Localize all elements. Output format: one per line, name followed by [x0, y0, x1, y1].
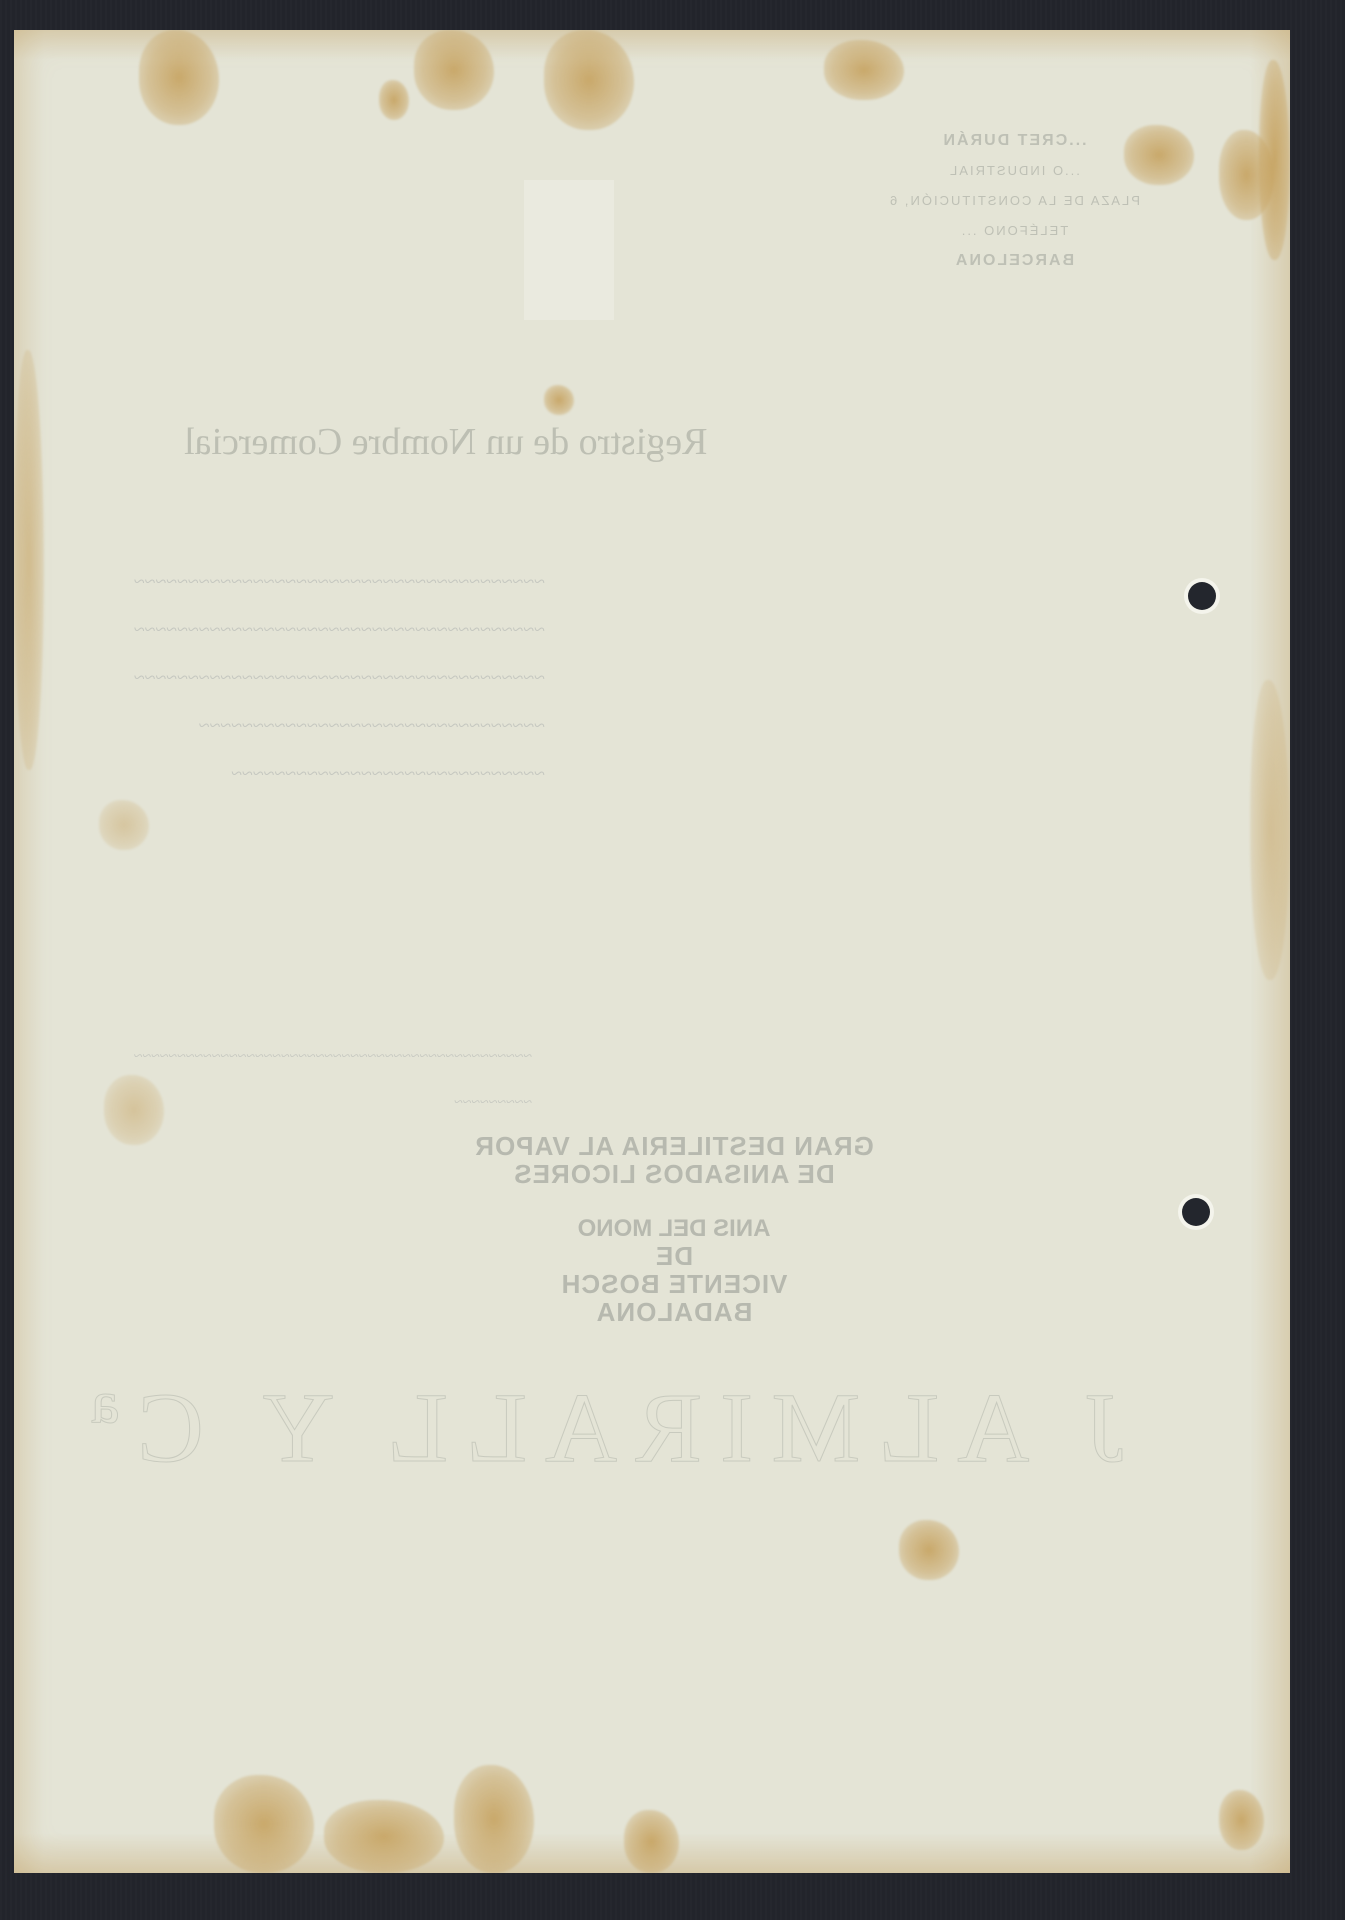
handwritten-line: ~~~~~~~~~~~~~~~~~~~~~~~~~~~~~~~~~~~~~~	[134, 558, 545, 606]
letterhead-showthrough: ...CRET DURÁN ...O INDUSTRIAL PLAZA DE L…	[888, 126, 1140, 276]
document-page: ...CRET DURÁN ...O INDUSTRIAL PLAZA DE L…	[14, 30, 1290, 1873]
punch-hole-icon	[1182, 1198, 1210, 1226]
foxing-stain	[454, 1765, 534, 1873]
stamp-line: GRAN DESTILERIA AL VAPOR	[404, 1132, 944, 1160]
handwritten-line: ~~~~~~~~~	[134, 1080, 532, 1126]
foxing-stain	[624, 1810, 679, 1873]
foxing-stain	[1250, 680, 1290, 980]
foxing-stain	[99, 800, 149, 850]
stamp-line: DE ANISADOS LICORES	[404, 1160, 944, 1188]
handwritten-line: ~~~~~~~~~~~~~~~~~~~~~~~~~~~~~~~~~~~~~~~~…	[134, 1034, 532, 1080]
letterhead-line: ...O INDUSTRIAL	[888, 156, 1140, 186]
foxing-stain	[1259, 60, 1290, 260]
company-stamp-showthrough: GRAN DESTILERIA AL VAPOR DE ANISADOS LIC…	[404, 1132, 944, 1326]
foxing-stain	[544, 30, 634, 130]
document-title-showthrough: Registro de un Nombre Comercial	[184, 420, 707, 464]
foxing-stain	[139, 30, 219, 125]
letterhead-address: PLAZA DE LA CONSTITUCIÓN, 6	[888, 186, 1140, 216]
pasted-slip	[524, 180, 614, 320]
punch-hole-icon	[1188, 582, 1216, 610]
handwritten-line: ~~~~~~~~~~~~~~~~~~~~~~~~~~~~~	[134, 750, 545, 798]
handwritten-line: ~~~~~~~~~~~~~~~~~~~~~~~~~~~~~~~~~~~~~~	[134, 606, 545, 654]
foxing-stain	[379, 80, 409, 120]
handwritten-paragraph: ~~~~~~~~~~~~~~~~~~~~~~~~~~~~~~~~~~~~~~ ~…	[134, 558, 545, 798]
foxing-stain	[414, 30, 494, 110]
letterhead-city: BARCELONA	[888, 246, 1140, 276]
stamp-line: DE	[404, 1242, 944, 1270]
handwritten-line: ~~~~~~~~~~~~~~~~~~~~~~~~~~~~~~~~~~~~~~	[134, 654, 545, 702]
handwritten-line: ~~~~~~~~~~~~~~~~~~~~~~~~~~~~~~~~	[134, 702, 545, 750]
foxing-stain	[214, 1775, 314, 1873]
embossed-trademark: J ALMIRALL Y Cª	[164, 1370, 1124, 1485]
foxing-stain	[14, 350, 44, 770]
stamp-line: VICENTE BOSCH	[404, 1270, 944, 1298]
foxing-stain	[899, 1520, 959, 1580]
foxing-stain	[324, 1800, 444, 1873]
letterhead-name: ...CRET DURÁN	[888, 126, 1140, 156]
foxing-stain	[824, 40, 904, 100]
stamp-line: BADALONA	[404, 1298, 944, 1326]
stamp-line: ANIS DEL MONO	[404, 1216, 944, 1242]
letterhead-phone: TELÉFONO ...	[888, 216, 1140, 246]
handwritten-note-lower: ~~~~~~~~~~~~~~~~~~~~~~~~~~~~~~~~~~~~~~~~…	[134, 1034, 532, 1126]
foxing-stain	[544, 385, 574, 415]
foxing-stain	[1219, 1790, 1264, 1850]
